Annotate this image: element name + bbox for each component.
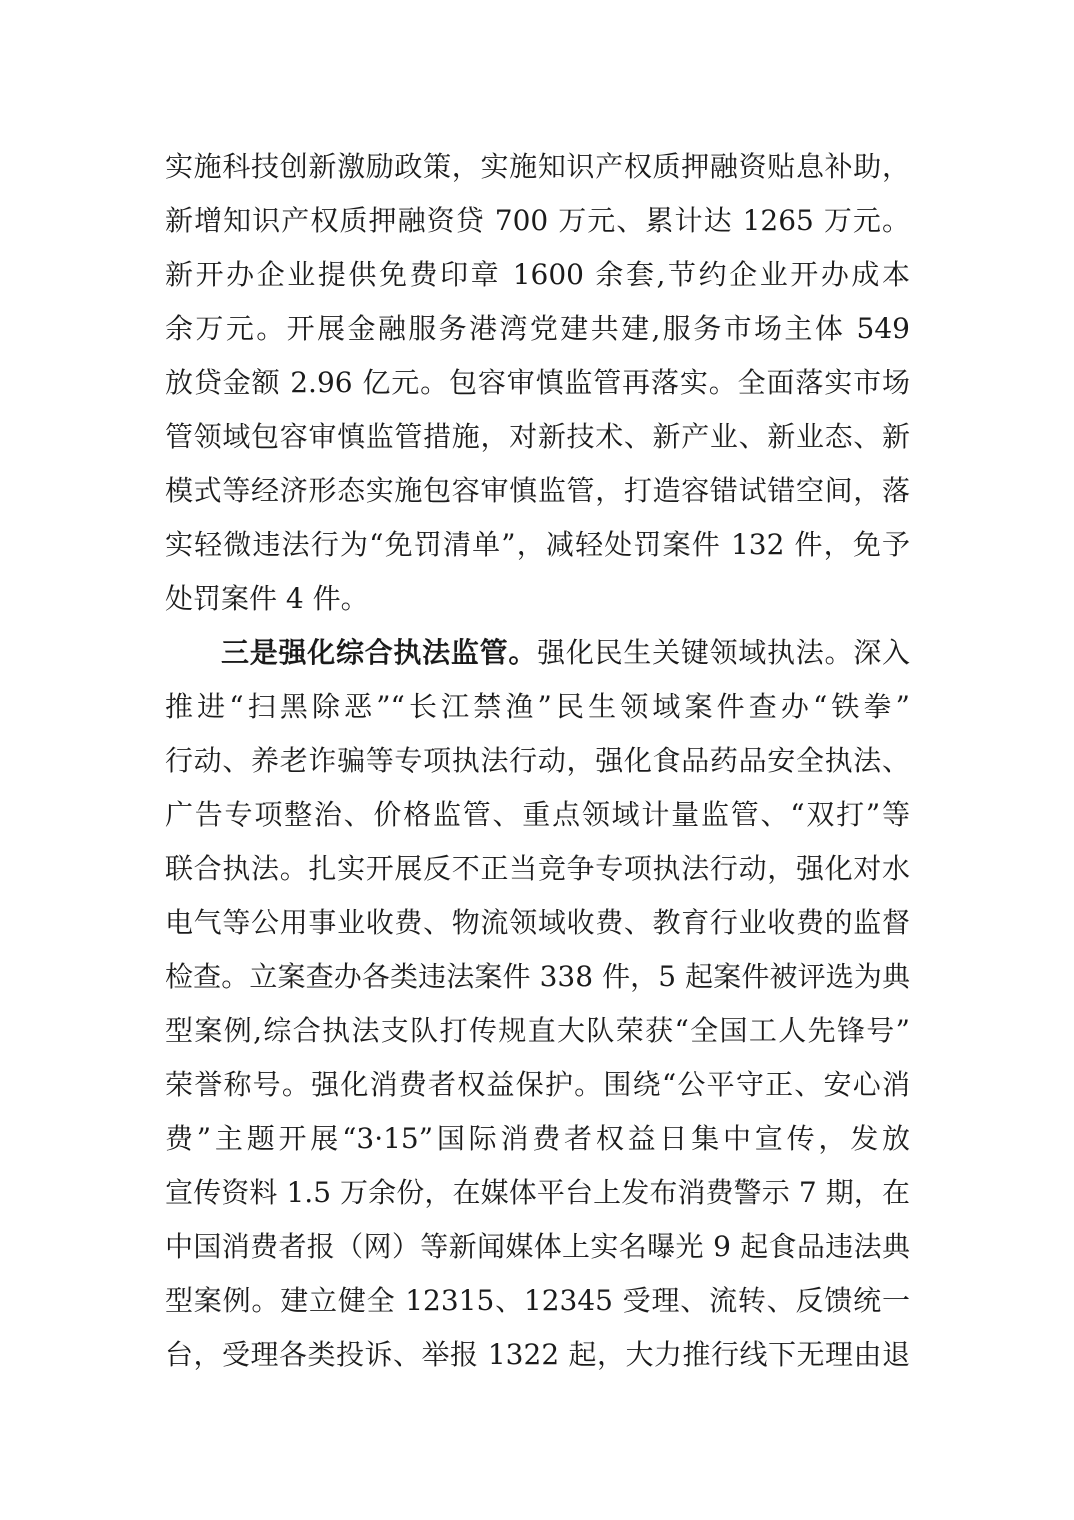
body-text: 荣誉称号。强化消费者权益保护。围绕“公平守正、安心消 <box>165 1068 910 1101</box>
body-text: 处罚案件 4 件。 <box>165 582 369 615</box>
body-text: 强化民生关键领域执法。深入 <box>537 636 910 669</box>
body-text: 余万元。开展金融服务港湾党建共建,服务市场主体 549 户， <box>165 312 910 356</box>
body-text: 管领域包容审慎监管措施，对新技术、新产业、新业态、新 <box>165 420 910 453</box>
text-line: 荣誉称号。强化消费者权益保护。围绕“公平守正、安心消 <box>165 1058 910 1112</box>
text-line: 型案例,综合执法支队打传规直大队荣获“全国工人先锋号” <box>165 1004 910 1058</box>
text-line: 实施科技创新激励政策，实施知识产权质押融资贴息补助， <box>165 140 910 194</box>
body-text: 新开办企业提供免费印章 1600 余套,节约企业开办成本 130 <box>165 258 910 302</box>
text-line: 推进“扫黑除恶”“长江禁渔”民生领域案件查办“铁拳” <box>165 680 910 734</box>
body-text: 放贷金额 2.96 亿元。包容审慎监管再落实。全面落实市场监 <box>165 366 910 410</box>
text-line: 三是强化综合执法监管。强化民生关键领域执法。深入 <box>165 626 910 680</box>
text-line: 检查。立案查办各类违法案件 338 件，5 起案件被评选为典 <box>165 950 910 1004</box>
body-text: 台，受理各类投诉、举报 1322 起，大力推行线下无理由退 <box>165 1338 910 1371</box>
text-line: 费”主题开展“3·15”国际消费者权益日集中宣传，发放 <box>165 1112 910 1166</box>
body-text: 联合执法。扎实开展反不正当竞争专项执法行动，强化对水 <box>165 852 910 885</box>
text-line: 新开办企业提供免费印章 1600 余套,节约企业开办成本 130 <box>165 248 910 302</box>
body-text: 推进“扫黑除恶”“长江禁渔”民生领域案件查办“铁拳” <box>165 690 910 723</box>
body-text: 型案例。建立健全 12315、12345 受理、流转、反馈统一平 <box>165 1284 910 1328</box>
body-text: 模式等经济形态实施包容审慎监管，打造容错试错空间，落 <box>165 474 910 507</box>
text-line: 型案例。建立健全 12315、12345 受理、流转、反馈统一平 <box>165 1274 910 1328</box>
body-text: 中国消费者报（网）等新闻媒体上实名曝光 9 起食品违法典 <box>165 1230 910 1263</box>
body-text: 广告专项整治、价格监管、重点领域计量监管、“双打”等 <box>165 798 910 831</box>
body-text: 检查。立案查办各类违法案件 338 件，5 起案件被评选为典 <box>165 960 910 993</box>
text-line: 电气等公用事业收费、物流领域收费、教育行业收费的监督 <box>165 896 910 950</box>
text-line: 新增知识产权质押融资贷 700 万元、累计达 1265 万元。为 <box>165 194 910 248</box>
text-line: 模式等经济形态实施包容审慎监管，打造容错试错空间，落 <box>165 464 910 518</box>
text-line: 管领域包容审慎监管措施，对新技术、新产业、新业态、新 <box>165 410 910 464</box>
text-line: 宣传资料 1.5 万余份，在媒体平台上发布消费警示 7 期，在 <box>165 1166 910 1220</box>
text-line: 行动、养老诈骗等专项执法行动，强化食品药品安全执法、 <box>165 734 910 788</box>
text-line: 处罚案件 4 件。 <box>165 572 910 626</box>
text-line: 实轻微违法行为“免罚清单”，减轻处罚案件 132 件，免予 <box>165 518 910 572</box>
text-line: 联合执法。扎实开展反不正当竞争专项执法行动，强化对水 <box>165 842 910 896</box>
text-line: 台，受理各类投诉、举报 1322 起，大力推行线下无理由退 <box>165 1328 910 1382</box>
document-text: 实施科技创新激励政策，实施知识产权质押融资贴息补助，新增知识产权质押融资贷 70… <box>165 140 910 1382</box>
body-text: 新增知识产权质押融资贷 700 万元、累计达 1265 万元。为 <box>165 204 910 248</box>
body-text: 费”主题开展“3·15”国际消费者权益日集中宣传，发放 <box>165 1122 910 1155</box>
text-line: 广告专项整治、价格监管、重点领域计量监管、“双打”等 <box>165 788 910 842</box>
document-page: 实施科技创新激励政策，实施知识产权质押融资贴息补助，新增知识产权质押融资贷 70… <box>0 0 1074 1520</box>
section-heading-text: 三是强化综合执法监管。 <box>221 636 537 669</box>
body-text: 电气等公用事业收费、物流领域收费、教育行业收费的监督 <box>165 906 910 939</box>
text-line: 放贷金额 2.96 亿元。包容审慎监管再落实。全面落实市场监 <box>165 356 910 410</box>
body-text: 实施科技创新激励政策，实施知识产权质押融资贴息补助， <box>165 150 910 183</box>
body-text: 宣传资料 1.5 万余份，在媒体平台上发布消费警示 7 期，在 <box>165 1176 910 1209</box>
body-text: 型案例,综合执法支队打传规直大队荣获“全国工人先锋号” <box>165 1014 910 1047</box>
text-line: 中国消费者报（网）等新闻媒体上实名曝光 9 起食品违法典 <box>165 1220 910 1274</box>
text-line: 余万元。开展金融服务港湾党建共建,服务市场主体 549 户， <box>165 302 910 356</box>
body-text: 行动、养老诈骗等专项执法行动，强化食品药品安全执法、 <box>165 744 910 777</box>
body-text: 实轻微违法行为“免罚清单”，减轻处罚案件 132 件，免予 <box>165 528 910 561</box>
